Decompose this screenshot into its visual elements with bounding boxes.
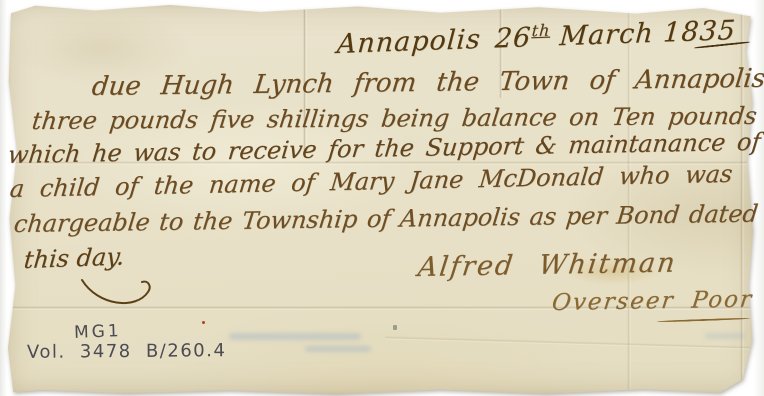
signature: Alfred Whitman bbox=[416, 247, 678, 283]
dateline-day: 26 bbox=[494, 22, 533, 54]
dateline-place: Annapolis bbox=[336, 24, 482, 60]
ink-show-through bbox=[305, 346, 371, 352]
red-speck bbox=[202, 321, 205, 324]
signature-title: Overseer Poor bbox=[550, 286, 754, 316]
ink-show-through bbox=[705, 333, 745, 339]
document-scan: Annapolis26th March 1835 due Hugh Lynch … bbox=[0, 0, 764, 396]
archival-ref-series: MG1 bbox=[74, 321, 122, 343]
gray-speck bbox=[393, 325, 397, 330]
fold-crease bbox=[627, 3, 631, 395]
archival-ref-volume: Vol. 3478 B/260.4 bbox=[27, 340, 227, 363]
fold-crease bbox=[385, 336, 756, 350]
dateline-ordinal: th bbox=[531, 21, 551, 41]
ink-show-through bbox=[229, 333, 361, 340]
pen-flourish bbox=[78, 270, 168, 310]
